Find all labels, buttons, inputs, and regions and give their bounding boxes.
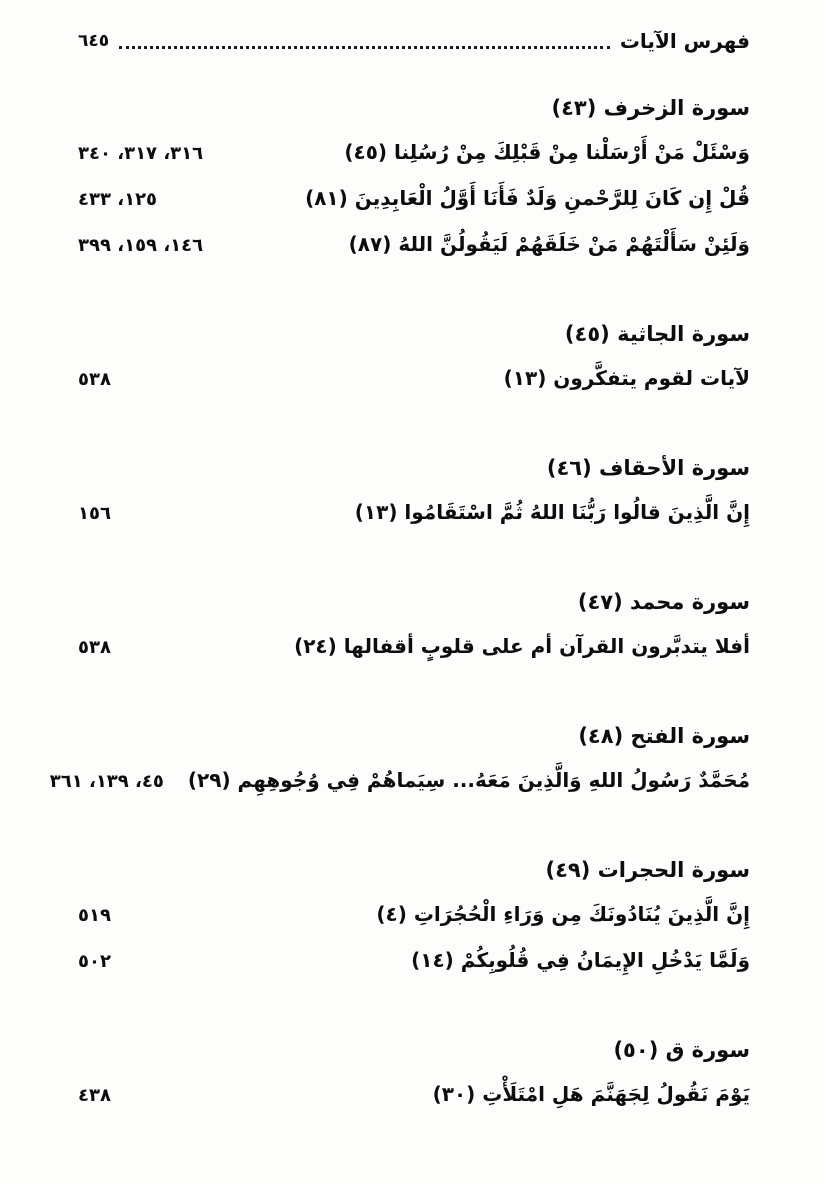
surah-entries: مُحَمَّدٌ رَسُولُ اللهِ وَالَّذِينَ مَعَ… — [78, 758, 750, 804]
page-refs: ١٥٦ — [78, 492, 111, 536]
page-refs: ٥٣٨ — [78, 626, 111, 670]
verse-text: أفلا يتدبَّرون القرآن أم على قلوبٍ أقفال… — [294, 624, 750, 668]
running-header: فهرس الآيات ٦٤٥ — [78, 26, 750, 56]
verse-text: لآيات لقوم يتفكَّرون (١٣) — [504, 356, 750, 400]
book-page: فهرس الآيات ٦٤٥ سورة الزخرف (٤٣) وَسْئَل… — [0, 0, 824, 1184]
surah-entries: إِنَّ الَّذِينَ قالُوا رَبُّنَا اللهُ ثُ… — [78, 490, 750, 536]
surah-heading: سورة الأحقاف (٤٦) — [78, 446, 750, 490]
verse-entry: يَوْمَ نَقُولُ لِجَهَنَّمَ هَلِ امْتَلَأ… — [78, 1072, 750, 1118]
verse-text: قُلْ إِن كَانَ لِلرَّحْمنِ وَلَدٌ فَأَنَ… — [305, 176, 750, 220]
verse-entry: مُحَمَّدٌ رَسُولُ اللهِ وَالَّذِينَ مَعَ… — [78, 758, 750, 804]
surah-section: سورة الأحقاف (٤٦) إِنَّ الَّذِينَ قالُوا… — [78, 446, 750, 536]
surah-section: سورة الحجرات (٤٩) إِنَّ الَّذِينَ يُنَاد… — [78, 848, 750, 984]
page-refs: ١٤٦، ١٥٩، ٣٩٩ — [78, 224, 203, 268]
verse-entry: لآيات لقوم يتفكَّرون (١٣) ٥٣٨ — [78, 356, 750, 402]
surah-heading: سورة ق (٥٠) — [78, 1028, 750, 1072]
verse-text: يَوْمَ نَقُولُ لِجَهَنَّمَ هَلِ امْتَلَأ… — [433, 1072, 750, 1116]
page-refs: ٥٣٨ — [78, 358, 111, 402]
surah-heading: سورة الزخرف (٤٣) — [78, 86, 750, 130]
verse-text: وَسْئَلْ مَنْ أَرْسَلْنا مِنْ قَبْلِكَ م… — [344, 130, 750, 174]
surah-section: سورة محمد (٤٧) أفلا يتدبَّرون القرآن أم … — [78, 580, 750, 670]
page-refs: ٤٣٨ — [78, 1074, 111, 1118]
surah-entries: يَوْمَ نَقُولُ لِجَهَنَّمَ هَلِ امْتَلَأ… — [78, 1072, 750, 1118]
verse-text: وَلَمَّا يَدْخُلِ الإِيمَانُ فِي قُلُوبِ… — [411, 938, 750, 982]
page-refs: ٣١٦، ٣١٧، ٣٤٠ — [78, 132, 203, 176]
surah-heading: سورة الجاثية (٤٥) — [78, 312, 750, 356]
page-title: فهرس الآيات — [620, 26, 750, 56]
verse-entry: قُلْ إِن كَانَ لِلرَّحْمنِ وَلَدٌ فَأَنَ… — [78, 176, 750, 222]
verse-entry: إِنَّ الَّذِينَ يُنَادُونَكَ مِن وَرَاءِ… — [78, 892, 750, 938]
surah-entries: أفلا يتدبَّرون القرآن أم على قلوبٍ أقفال… — [78, 624, 750, 670]
verse-text: إِنَّ الَّذِينَ يُنَادُونَكَ مِن وَرَاءِ… — [376, 892, 750, 936]
page-refs: ١٢٥، ٤٣٣ — [78, 178, 157, 222]
surah-section: سورة الزخرف (٤٣) وَسْئَلْ مَنْ أَرْسَلْن… — [78, 86, 750, 268]
surah-entries: لآيات لقوم يتفكَّرون (١٣) ٥٣٨ — [78, 356, 750, 402]
verse-text: مُحَمَّدٌ رَسُولُ اللهِ وَالَّذِينَ مَعَ… — [188, 758, 750, 802]
verse-entry: وَلَمَّا يَدْخُلِ الإِيمَانُ فِي قُلُوبِ… — [78, 938, 750, 984]
surah-section: سورة الفتح (٤٨) مُحَمَّدٌ رَسُولُ اللهِ … — [78, 714, 750, 804]
surah-section: سورة ق (٥٠) يَوْمَ نَقُولُ لِجَهَنَّمَ ه… — [78, 1028, 750, 1118]
verse-entry: وَلَئِنْ سَأَلْتَهُمْ مَنْ خَلَقَهُمْ لَ… — [78, 222, 750, 268]
verse-index-sections: سورة الزخرف (٤٣) وَسْئَلْ مَنْ أَرْسَلْن… — [78, 86, 750, 1118]
page-refs: ٥١٩ — [78, 894, 111, 938]
surah-heading: سورة محمد (٤٧) — [78, 580, 750, 624]
verse-entry: وَسْئَلْ مَنْ أَرْسَلْنا مِنْ قَبْلِكَ م… — [78, 130, 750, 176]
page-refs: ٤٥، ١٣٩، ٣٦١ — [50, 760, 164, 804]
dotted-leader — [119, 46, 610, 49]
surah-heading: سورة الحجرات (٤٩) — [78, 848, 750, 892]
verse-entry: أفلا يتدبَّرون القرآن أم على قلوبٍ أقفال… — [78, 624, 750, 670]
verse-text: وَلَئِنْ سَأَلْتَهُمْ مَنْ خَلَقَهُمْ لَ… — [349, 222, 750, 266]
page-number: ٦٤٥ — [78, 26, 109, 56]
surah-heading: سورة الفتح (٤٨) — [78, 714, 750, 758]
verse-text: إِنَّ الَّذِينَ قالُوا رَبُّنَا اللهُ ثُ… — [355, 490, 750, 534]
verse-entry: إِنَّ الَّذِينَ قالُوا رَبُّنَا اللهُ ثُ… — [78, 490, 750, 536]
surah-entries: وَسْئَلْ مَنْ أَرْسَلْنا مِنْ قَبْلِكَ م… — [78, 130, 750, 268]
surah-section: سورة الجاثية (٤٥) لآيات لقوم يتفكَّرون (… — [78, 312, 750, 402]
surah-entries: إِنَّ الَّذِينَ يُنَادُونَكَ مِن وَرَاءِ… — [78, 892, 750, 984]
page-refs: ٥٠٢ — [78, 940, 111, 984]
